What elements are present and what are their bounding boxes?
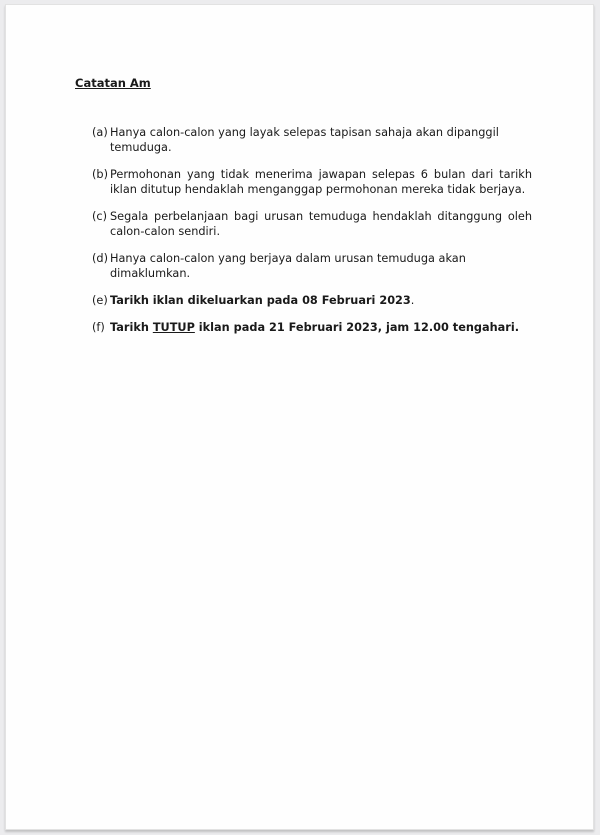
item-marker: (c) xyxy=(92,209,110,239)
list-item: (b) Permohonan yang tidak menerima jawap… xyxy=(92,167,532,197)
item-marker: (d) xyxy=(92,251,110,281)
section-heading: Catatan Am xyxy=(75,76,151,90)
list-item: (c) Segala perbelanjaan bagi urusan temu… xyxy=(92,209,532,239)
closing-emphasis: TUTUP xyxy=(153,321,195,334)
list-item: (e) Tarikh iklan dikeluarkan pada 08 Feb… xyxy=(92,293,532,308)
list-item: (a) Hanya calon-calon yang layak selepas… xyxy=(92,125,532,155)
item-text: Permohonan yang tidak menerima jawapan s… xyxy=(110,167,532,197)
item-text: Hanya calon-calon yang layak selepas tap… xyxy=(110,125,532,155)
closing-prefix: Tarikh xyxy=(110,321,153,334)
advert-date-text: Tarikh iklan dikeluarkan pada 08 Februar… xyxy=(110,294,411,307)
period: . xyxy=(411,294,415,307)
item-text: Segala perbelanjaan bagi urusan temuduga… xyxy=(110,209,532,239)
item-text: Tarikh TUTUP iklan pada 21 Februari 2023… xyxy=(110,320,532,335)
closing-date-text: iklan pada 21 Februari 2023, jam 12.00 t… xyxy=(195,321,519,334)
item-text: Tarikh iklan dikeluarkan pada 08 Februar… xyxy=(110,293,532,308)
item-text: Hanya calon-calon yang berjaya dalam uru… xyxy=(110,251,532,281)
item-marker: (f) xyxy=(92,320,110,335)
notes-list: (a) Hanya calon-calon yang layak selepas… xyxy=(92,125,532,347)
document-page: Catatan Am (a) Hanya calon-calon yang la… xyxy=(5,4,594,830)
item-marker: (b) xyxy=(92,167,110,197)
item-marker: (e) xyxy=(92,293,110,308)
list-item: (d) Hanya calon-calon yang berjaya dalam… xyxy=(92,251,532,281)
list-item: (f) Tarikh TUTUP iklan pada 21 Februari … xyxy=(92,320,532,335)
item-marker: (a) xyxy=(92,125,110,155)
